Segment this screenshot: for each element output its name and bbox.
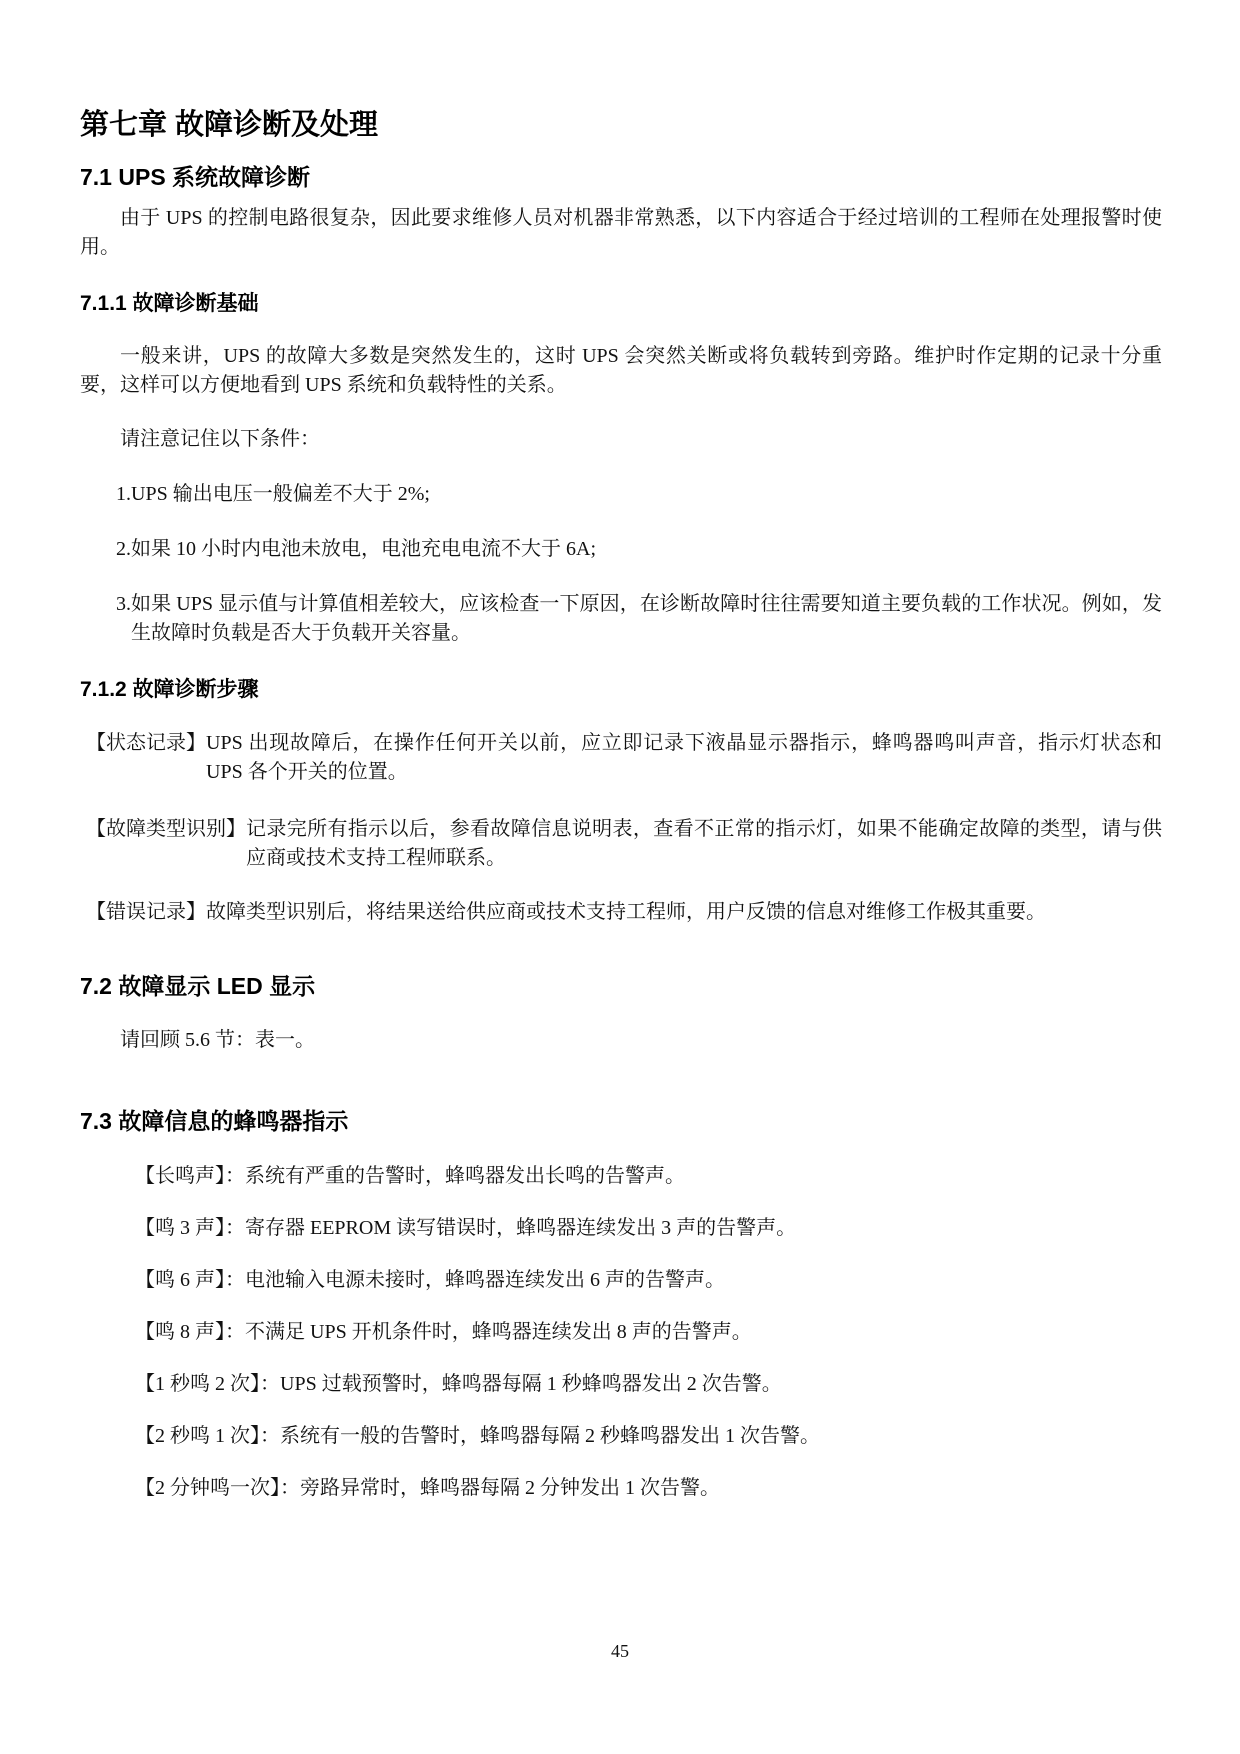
buzzer-item-label: 【鸣 8 声】： — [135, 1318, 245, 1347]
section-7-2-paragraph: 请回顾 5.6 节：表一。 — [80, 1026, 1162, 1055]
condition-item-number: 3. — [116, 590, 131, 648]
diagnosis-step-fault-type-identify: 【故障类型识别】 记录完所有指示以后，参看故障信息说明表，查看不正常的指示灯，如… — [86, 815, 1162, 873]
step-label: 【错误记录】 — [86, 898, 206, 927]
buzzer-item-beep-3: 【鸣 3 声】： 寄存器 EEPROM 读写错误时，蜂鸣器连续发出 3 声的告警… — [135, 1214, 1162, 1243]
buzzer-item-1s-2beeps: 【1 秒鸣 2 次】： UPS 过载预警时，蜂鸣器每隔 1 秒蜂鸣器发出 2 次… — [135, 1370, 1162, 1399]
buzzer-item-beep-8: 【鸣 8 声】： 不满足 UPS 开机条件时，蜂鸣器连续发出 8 声的告警声。 — [135, 1318, 1162, 1347]
buzzer-item-text: 旁路异常时，蜂鸣器每隔 2 分钟发出 1 次告警。 — [300, 1474, 1162, 1503]
buzzer-item-text: 系统有一般的告警时，蜂鸣器每隔 2 秒蜂鸣器发出 1 次告警。 — [280, 1422, 1162, 1451]
buzzer-item-label: 【2 分钟鸣一次】： — [135, 1474, 300, 1503]
step-label: 【故障类型识别】 — [86, 815, 246, 873]
section-7-1-intro-paragraph: 由于 UPS 的控制电路很复杂，因此要求维修人员对机器非常熟悉，以下内容适合于经… — [80, 204, 1162, 262]
section-7-2-heading: 7.2 故障显示 LED 显示 — [80, 971, 1162, 1001]
section-7-1-1-heading: 7.1.1 故障诊断基础 — [80, 289, 1162, 319]
section-7-3-heading: 7.3 故障信息的蜂鸣器指示 — [80, 1106, 1162, 1136]
condition-item-text: UPS 输出电压一般偏差不大于 2%; — [131, 480, 1162, 509]
buzzer-item-label: 【1 秒鸣 2 次】： — [135, 1370, 280, 1399]
buzzer-item-2s-1beep: 【2 秒鸣 1 次】： 系统有一般的告警时，蜂鸣器每隔 2 秒蜂鸣器发出 1 次… — [135, 1422, 1162, 1451]
buzzer-item-2min-1beep: 【2 分钟鸣一次】： 旁路异常时，蜂鸣器每隔 2 分钟发出 1 次告警。 — [135, 1474, 1162, 1503]
buzzer-item-label: 【长鸣声】： — [135, 1162, 245, 1191]
conditions-lead-text: 请注意记住以下条件： — [80, 425, 1162, 454]
step-text: UPS 出现故障后，在操作任何开关以前，应立即记录下液晶显示器指示，蜂鸣器鸣叫声… — [206, 729, 1162, 787]
buzzer-item-label: 【鸣 3 声】： — [135, 1214, 245, 1243]
step-label: 【状态记录】 — [86, 729, 206, 787]
condition-item-2: 2. 如果 10 小时内电池未放电，电池充电电流不大于 6A; — [116, 535, 1162, 564]
buzzer-item-text: 不满足 UPS 开机条件时，蜂鸣器连续发出 8 声的告警声。 — [245, 1318, 1162, 1347]
diagnosis-step-error-record: 【错误记录】 故障类型识别后，将结果送给供应商或技术支持工程师，用户反馈的信息对… — [86, 898, 1162, 927]
section-7-1-heading: 7.1 UPS 系统故障诊断 — [80, 162, 1162, 192]
condition-item-3: 3. 如果 UPS 显示值与计算值相差较大，应该检查一下原因，在诊断故障时往往需… — [116, 590, 1162, 648]
buzzer-item-text: 电池输入电源未接时，蜂鸣器连续发出 6 声的告警声。 — [245, 1266, 1162, 1295]
page-number: 45 — [0, 1638, 1240, 1664]
diagnosis-step-status-record: 【状态记录】 UPS 出现故障后，在操作任何开关以前，应立即记录下液晶显示器指示… — [86, 729, 1162, 787]
buzzer-item-text: 系统有严重的告警时，蜂鸣器发出长鸣的告警声。 — [245, 1162, 1162, 1191]
condition-item-number: 1. — [116, 480, 131, 509]
document-page: 第七章 故障诊断及处理 7.1 UPS 系统故障诊断 由于 UPS 的控制电路很… — [0, 0, 1240, 1754]
buzzer-item-text: UPS 过载预警时，蜂鸣器每隔 1 秒蜂鸣器发出 2 次告警。 — [280, 1370, 1162, 1399]
step-text: 记录完所有指示以后，参看故障信息说明表，查看不正常的指示灯，如果不能确定故障的类… — [246, 815, 1162, 873]
chapter-title: 第七章 故障诊断及处理 — [80, 106, 1162, 144]
condition-item-text: 如果 UPS 显示值与计算值相差较大，应该检查一下原因，在诊断故障时往往需要知道… — [131, 590, 1162, 648]
section-7-1-2-heading: 7.1.2 故障诊断步骤 — [80, 675, 1162, 705]
buzzer-item-long-beep: 【长鸣声】： 系统有严重的告警时，蜂鸣器发出长鸣的告警声。 — [135, 1162, 1162, 1191]
section-7-1-1-paragraph: 一般来讲，UPS 的故障大多数是突然发生的，这时 UPS 会突然关断或将负载转到… — [80, 342, 1162, 400]
buzzer-item-label: 【2 秒鸣 1 次】： — [135, 1422, 280, 1451]
buzzer-item-beep-6: 【鸣 6 声】： 电池输入电源未接时，蜂鸣器连续发出 6 声的告警声。 — [135, 1266, 1162, 1295]
step-text: 故障类型识别后，将结果送给供应商或技术支持工程师，用户反馈的信息对维修工作极其重… — [206, 898, 1162, 927]
condition-item-text: 如果 10 小时内电池未放电，电池充电电流不大于 6A; — [131, 535, 1162, 564]
condition-item-1: 1. UPS 输出电压一般偏差不大于 2%; — [116, 480, 1162, 509]
condition-item-number: 2. — [116, 535, 131, 564]
buzzer-item-label: 【鸣 6 声】： — [135, 1266, 245, 1295]
buzzer-item-text: 寄存器 EEPROM 读写错误时，蜂鸣器连续发出 3 声的告警声。 — [245, 1214, 1162, 1243]
